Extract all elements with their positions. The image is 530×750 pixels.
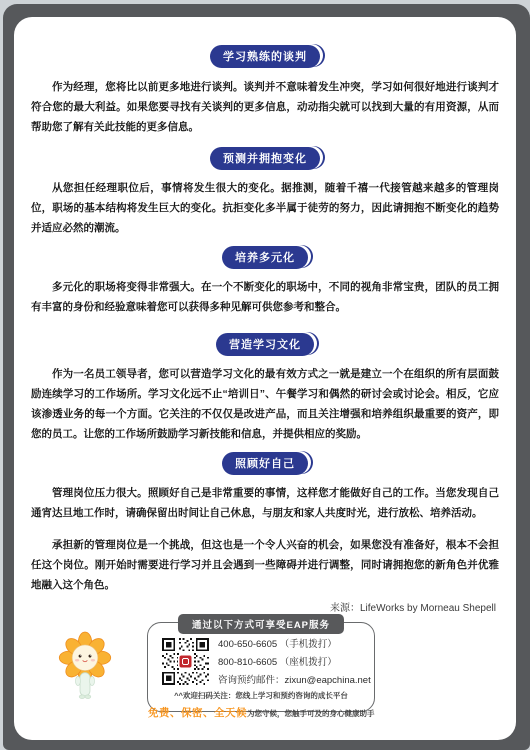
document-page: { "page": { "sections": [ { "title": "学习… (0, 0, 530, 750)
section-paragraph: 管理岗位压力很大。照顾好自己是非常重要的事情，这样您才能做好自己的工作。当您发现… (31, 483, 499, 523)
eap-service-box: 通过以下方式可享受EAP服务 (147, 622, 375, 712)
section-paragraph: 作为经理，您将比以前更多地进行谈判。谈判并不意味着发生冲突，学习如何很好地进行谈… (31, 77, 499, 137)
section-paragraph: 作为一名员工领导者，您可以营造学习文化的最有效方式之一就是建立一个在组织的所有层… (31, 364, 499, 444)
section-paragraph: 多元化的职场将变得非常强大。在一个不断变化的职场中，不同的视角非常宝贵，团队的员… (31, 277, 499, 317)
phone-landline: 800-810-6605 （座机拨打） (218, 654, 371, 668)
section-title-diversity: 培养多元化 (222, 246, 308, 269)
sunflower-mascot-icon (56, 629, 114, 713)
contact-lines: 400-650-6605 （手机拨打） 800-810-6605 （座机拨打） … (218, 636, 371, 686)
tagline-rest: 为您守候，您触手可及的身心健康助手 (247, 709, 375, 718)
section-paragraph: 承担新的管理岗位是一个挑战，但这也是一个令人兴奋的机会，如果您没有准备好，根本不… (31, 535, 499, 595)
eap-service-header: 通过以下方式可享受EAP服务 (178, 614, 344, 634)
scan-note: ^^欢迎扫码关注：您线上学习和预约咨询的成长平台 (148, 690, 374, 701)
footer: 通过以下方式可享受EAP服务 (14, 607, 516, 727)
tagline-highlight: 免费、保密、全天候 (148, 707, 247, 719)
email-line: 咨询预约邮件：zixun@eapchina.net (218, 672, 371, 686)
document-sheet: 学习熟练的谈判 作为经理，您将比以前更多地进行谈判。谈判并不意味着发生冲突，学习… (14, 17, 516, 740)
qr-code-icon (162, 638, 209, 685)
section-title-embrace-change: 预测并拥抱变化 (210, 147, 320, 170)
document-body: 学习熟练的谈判 作为经理，您将比以前更多地进行谈判。谈判并不意味着发生冲突，学习… (14, 17, 516, 614)
section-title-selfcare: 照顾好自己 (222, 452, 308, 475)
tagline: 免费、保密、全天候为您守候，您触手可及的身心健康助手 (148, 703, 374, 721)
section-title-negotiation: 学习熟练的谈判 (210, 45, 320, 68)
phone-mobile: 400-650-6605 （手机拨打） (218, 636, 371, 650)
section-title-learning-culture: 营造学习文化 (216, 333, 314, 356)
section-paragraph: 从您担任经理职位后，事情将发生很大的变化。据推测，随着千禧一代接管越来越多的管理… (31, 178, 499, 238)
